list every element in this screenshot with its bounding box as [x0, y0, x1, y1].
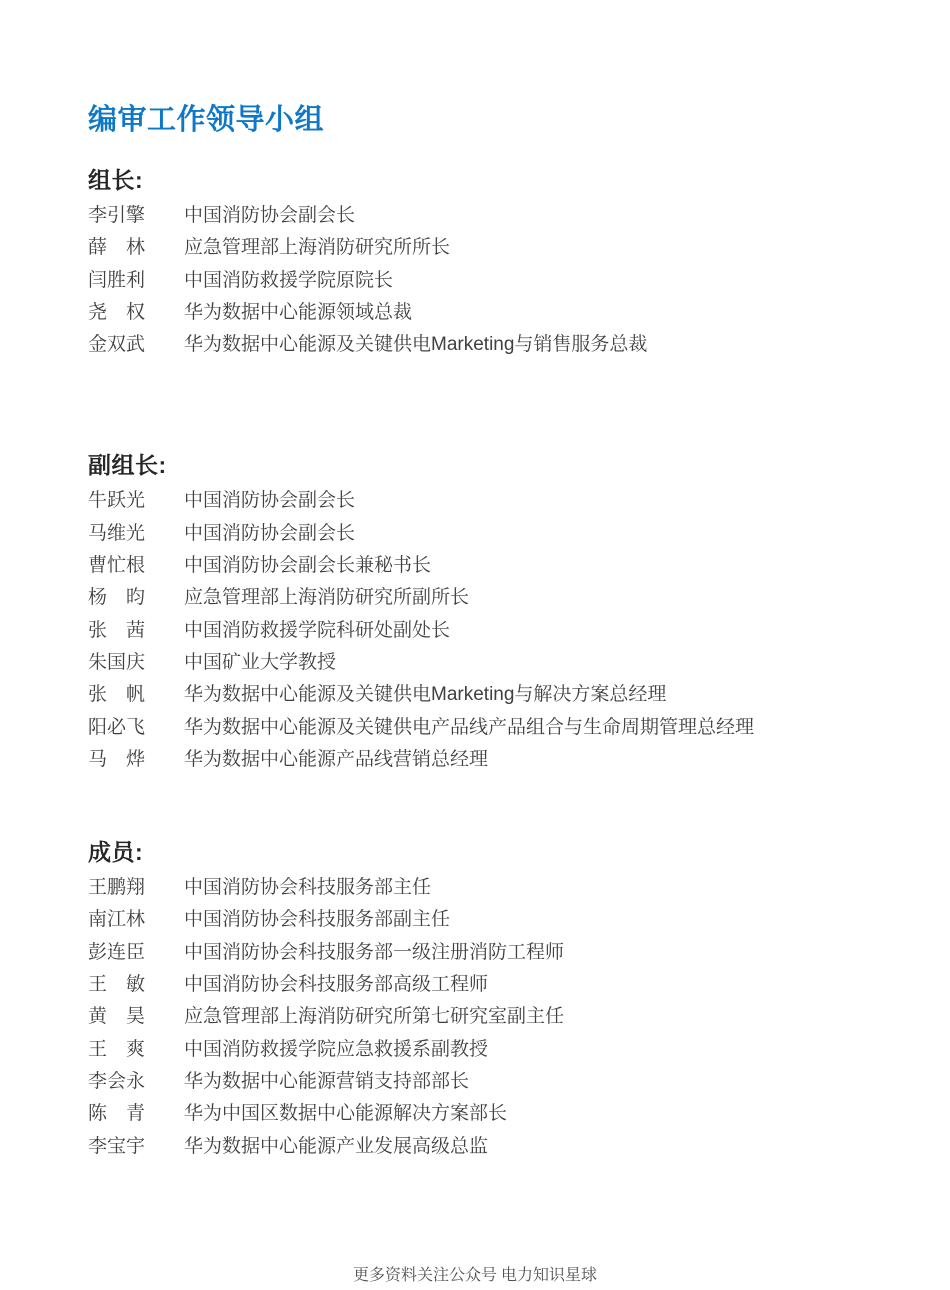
member-row: 马维光 中国消防协会副会长 — [88, 518, 908, 550]
member-row: 陈 青 华为中国区数据中心能源解决方案部长 — [88, 1098, 908, 1130]
group-header: 副组长: — [88, 451, 908, 480]
member-name: 阳必飞 — [88, 712, 184, 744]
member-title: 中国消防协会副会长兼秘书长 — [184, 550, 431, 582]
group-header: 组长: — [88, 166, 908, 195]
member-name: 张 茜 — [88, 615, 184, 647]
member-title: 应急管理部上海消防研究所副所长 — [184, 582, 469, 614]
member-row: 黄 昊 应急管理部上海消防研究所第七研究室副主任 — [88, 1001, 908, 1033]
member-name: 李会永 — [88, 1066, 184, 1098]
member-title: 中国消防协会副会长 — [184, 518, 355, 550]
member-row: 牛跃光 中国消防协会副会长 — [88, 485, 908, 517]
member-row: 南江林 中国消防协会科技服务部副主任 — [88, 904, 908, 936]
member-title: 中国消防协会科技服务部一级注册消防工程师 — [184, 937, 564, 969]
member-name: 朱国庆 — [88, 647, 184, 679]
page-content: 编审工作领导小组 组长: 李引擎 中国消防协会副会长 薛 林 应急管理部上海消防… — [88, 0, 908, 1163]
member-name: 李宝宇 — [88, 1131, 184, 1163]
member-name: 彭连臣 — [88, 937, 184, 969]
member-name: 王 敏 — [88, 969, 184, 1001]
member-row: 曹忙根 中国消防协会副会长兼秘书长 — [88, 550, 908, 582]
member-name: 曹忙根 — [88, 550, 184, 582]
member-row: 彭连臣 中国消防协会科技服务部一级注册消防工程师 — [88, 937, 908, 969]
member-name: 杨 昀 — [88, 582, 184, 614]
member-row: 杨 昀 应急管理部上海消防研究所副所长 — [88, 582, 908, 614]
member-title: 华为数据中心能源及关键供电Marketing与销售服务总裁 — [184, 329, 647, 361]
member-list: 李引擎 中国消防协会副会长 薛 林 应急管理部上海消防研究所所长 闫胜利 中国消… — [88, 200, 908, 361]
member-name: 尧 权 — [88, 297, 184, 329]
document-page: 编审工作领导小组 组长: 李引擎 中国消防协会副会长 薛 林 应急管理部上海消防… — [0, 0, 950, 1290]
member-row: 张 帆 华为数据中心能源及关键供电Marketing与解决方案总经理 — [88, 679, 908, 711]
member-name: 薛 林 — [88, 232, 184, 264]
member-title: 中国消防协会科技服务部副主任 — [184, 904, 450, 936]
member-name: 张 帆 — [88, 679, 184, 711]
member-row: 尧 权 华为数据中心能源领域总裁 — [88, 297, 908, 329]
member-row: 马 烨 华为数据中心能源产品线营销总经理 — [88, 744, 908, 776]
member-title: 中国消防协会科技服务部主任 — [184, 872, 431, 904]
member-title: 应急管理部上海消防研究所第七研究室副主任 — [184, 1001, 564, 1033]
member-title: 中国消防协会副会长 — [184, 485, 355, 517]
footer-note: 更多资料关注公众号 电力知识星球 — [0, 1266, 950, 1286]
member-title: 中国消防协会科技服务部高级工程师 — [184, 969, 488, 1001]
member-row: 王鹏翔 中国消防协会科技服务部主任 — [88, 872, 908, 904]
member-title: 华为数据中心能源产业发展高级总监 — [184, 1131, 488, 1163]
member-name: 陈 青 — [88, 1098, 184, 1130]
member-row: 闫胜利 中国消防救援学院原院长 — [88, 265, 908, 297]
member-row: 薛 林 应急管理部上海消防研究所所长 — [88, 232, 908, 264]
member-name: 金双武 — [88, 329, 184, 361]
member-title: 华为中国区数据中心能源解决方案部长 — [184, 1098, 507, 1130]
member-title: 中国消防救援学院应急救援系副教授 — [184, 1034, 488, 1066]
member-list: 王鹏翔 中国消防协会科技服务部主任 南江林 中国消防协会科技服务部副主任 彭连臣… — [88, 872, 908, 1163]
member-list: 牛跃光 中国消防协会副会长 马维光 中国消防协会副会长 曹忙根 中国消防协会副会… — [88, 485, 908, 776]
member-row: 王 爽 中国消防救援学院应急救援系副教授 — [88, 1034, 908, 1066]
member-title: 华为数据中心能源产品线营销总经理 — [184, 744, 488, 776]
member-row: 朱国庆 中国矿业大学教授 — [88, 647, 908, 679]
member-title: 华为数据中心能源营销支持部部长 — [184, 1066, 469, 1098]
member-name: 李引擎 — [88, 200, 184, 232]
group-section: 成员: 王鹏翔 中国消防协会科技服务部主任 南江林 中国消防协会科技服务部副主任… — [88, 838, 908, 1163]
member-row: 阳必飞 华为数据中心能源及关键供电产品线产品组合与生命周期管理总经理 — [88, 712, 908, 744]
member-title: 中国消防救援学院原院长 — [184, 265, 393, 297]
member-name: 王 爽 — [88, 1034, 184, 1066]
member-name: 闫胜利 — [88, 265, 184, 297]
member-title: 中国消防协会副会长 — [184, 200, 355, 232]
member-row: 张 茜 中国消防救援学院科研处副处长 — [88, 615, 908, 647]
member-row: 李会永 华为数据中心能源营销支持部部长 — [88, 1066, 908, 1098]
group-section: 组长: 李引擎 中国消防协会副会长 薛 林 应急管理部上海消防研究所所长 闫胜利… — [88, 166, 908, 361]
member-title: 华为数据中心能源及关键供电Marketing与解决方案总经理 — [184, 679, 666, 711]
member-title: 应急管理部上海消防研究所所长 — [184, 232, 450, 264]
member-name: 马维光 — [88, 518, 184, 550]
leading-group-sections: 组长: 李引擎 中国消防协会副会长 薛 林 应急管理部上海消防研究所所长 闫胜利… — [88, 166, 908, 1163]
page-title: 编审工作领导小组 — [88, 0, 908, 137]
member-name: 马 烨 — [88, 744, 184, 776]
member-row: 李引擎 中国消防协会副会长 — [88, 200, 908, 232]
member-name: 南江林 — [88, 904, 184, 936]
member-name: 王鹏翔 — [88, 872, 184, 904]
member-title: 华为数据中心能源领域总裁 — [184, 297, 412, 329]
member-title: 中国矿业大学教授 — [184, 647, 336, 679]
group-header: 成员: — [88, 838, 908, 867]
member-row: 金双武 华为数据中心能源及关键供电Marketing与销售服务总裁 — [88, 329, 908, 361]
member-title: 华为数据中心能源及关键供电产品线产品组合与生命周期管理总经理 — [184, 712, 754, 744]
member-name: 黄 昊 — [88, 1001, 184, 1033]
member-title: 中国消防救援学院科研处副处长 — [184, 615, 450, 647]
member-row: 王 敏 中国消防协会科技服务部高级工程师 — [88, 969, 908, 1001]
group-section: 副组长: 牛跃光 中国消防协会副会长 马维光 中国消防协会副会长 曹忙根 中国消… — [88, 451, 908, 776]
member-name: 牛跃光 — [88, 485, 184, 517]
member-row: 李宝宇 华为数据中心能源产业发展高级总监 — [88, 1131, 908, 1163]
